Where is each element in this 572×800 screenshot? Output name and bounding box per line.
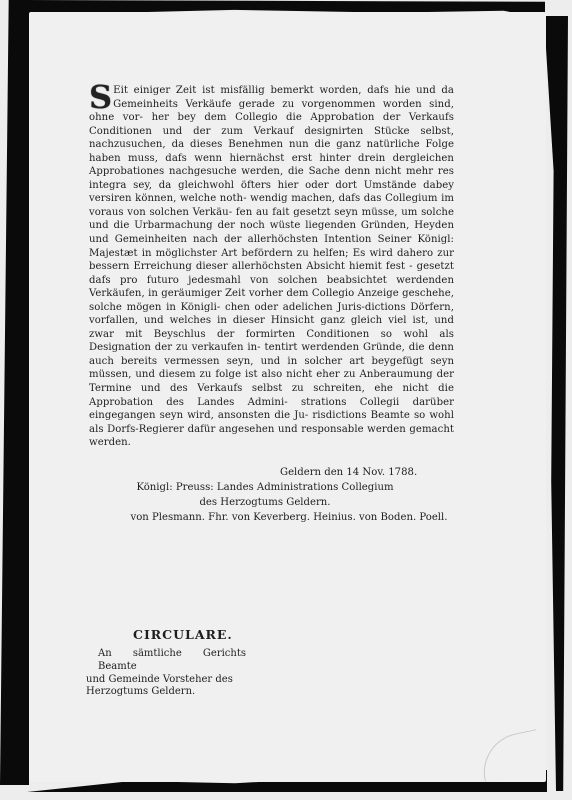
body-line: Eit einiger Zeit ist misfällig bemerkt w… xyxy=(113,85,454,96)
issuer-territory: des Herzogtums Geldern. xyxy=(100,497,430,508)
date-place-line: Geldern den 14 Nov. 1788. xyxy=(280,467,417,478)
address-block: An sämtliche Gerichts Beamte und Gemeind… xyxy=(86,648,246,699)
signatories: von Plesmann. Fhr. von Keverberg. Heiniu… xyxy=(104,512,474,523)
scan-frame: S Eit einiger Zeit ist misfällig bemerkt… xyxy=(0,0,572,800)
address-line: An sämtliche Gerichts Beamte xyxy=(86,648,246,674)
decree-body: S Eit einiger Zeit ist misfällig bemerkt… xyxy=(89,84,454,450)
address-line: Herzogtums Geldern. xyxy=(86,686,246,699)
scan-border-left xyxy=(0,0,29,785)
circulare-title: CIRCULARE. xyxy=(133,627,233,642)
decorated-initial: S xyxy=(89,84,112,110)
scan-border-right xyxy=(544,16,568,791)
issuer-authority: Königl: Preuss: Landes Administrations C… xyxy=(100,482,430,493)
address-line: und Gemeinde Vorsteher des xyxy=(86,674,246,687)
